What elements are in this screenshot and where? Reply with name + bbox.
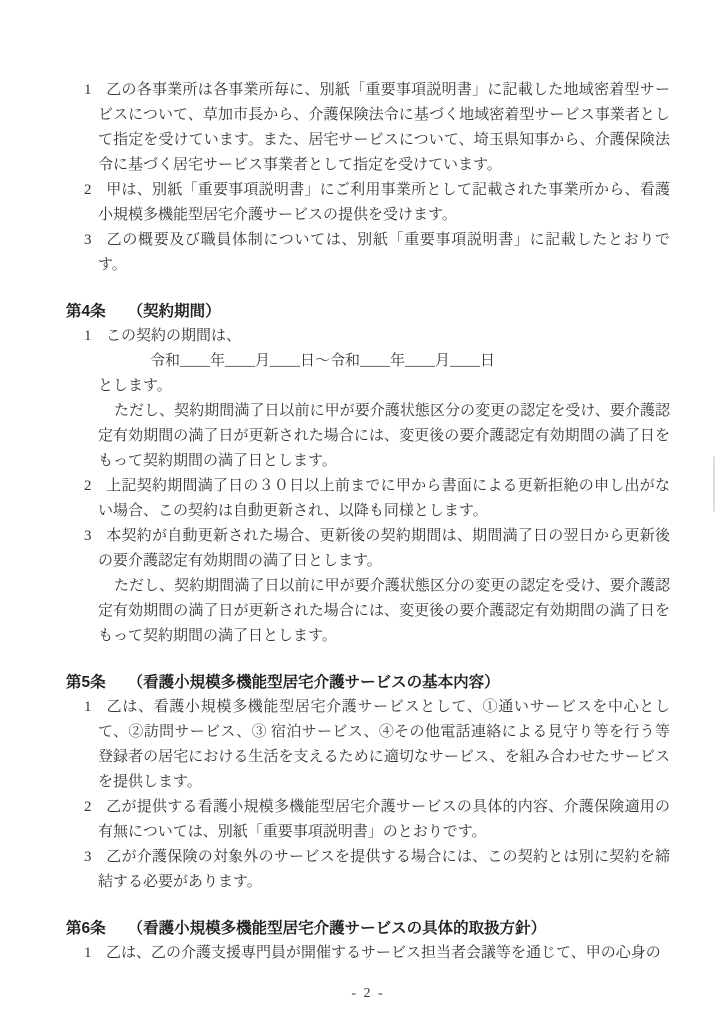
proviso-paragraph: ただし、契約期間満了日以前に甲が要介護状態区分の変更の認定を受け、要介護認定有効… (66, 574, 670, 649)
item-number: 1 (84, 78, 106, 103)
item-text: 乙が提供する看護小規模多機能型居宅介護サービスの具体的内容、介護保険適用の有無に… (98, 799, 670, 840)
clause-item: 2甲は、別紙「重要事項説明書」にご利用事業所として記載された事業所から、看護小規… (66, 178, 670, 228)
date-blank-line: 令和____年____月____日～令和____年____月____日 (66, 349, 670, 374)
item-number: 2 (84, 795, 106, 820)
item-number: 3 (84, 845, 106, 870)
heading-title: （看護小規模多機能型居宅介護サービスの具体的取扱方針） (128, 920, 547, 937)
item-text: 乙の各事業所は各事業所毎に、別紙「重要事項説明書」に記載した地域密着型サービスに… (98, 82, 670, 173)
proviso-text: ただし、契約期間満了日以前に甲が要介護状態区分の変更の認定を受け、要介護認定有効… (98, 578, 670, 644)
clause-item: 1この契約の期間は、 (66, 324, 670, 349)
clause-item: 1乙は、看護小規模多機能型居宅介護サービスとして、①通いサービスを中心として、②… (66, 695, 670, 795)
clause-item: 2乙が提供する看護小規模多機能型居宅介護サービスの具体的内容、介護保険適用の有無… (66, 795, 670, 845)
heading-number: 第6条 (66, 920, 106, 937)
article-heading-6: 第6条（看護小規模多機能型居宅介護サービスの具体的取扱方針） (66, 916, 670, 941)
document-page: { "page": { "number_label": "- 2 -" }, "… (0, 0, 724, 1024)
item-number: 2 (84, 474, 106, 499)
clause-item: 3本契約が自動更新された場合、更新後の契約期間は、期間満了日の翌日から更新後の要… (66, 524, 670, 574)
heading-number: 第5条 (66, 674, 106, 691)
proviso-text: ただし、契約期間満了日以前に甲が要介護状態区分の変更の認定を受け、要介護認定有効… (98, 403, 670, 469)
continuation-text: とします。 (98, 378, 172, 394)
item-text: 本契約が自動更新された場合、更新後の契約期間は、期間満了日の翌日から更新後の要介… (98, 528, 670, 569)
continuation-line: とします。 (66, 374, 670, 399)
clause-item: 1乙の各事業所は各事業所毎に、別紙「重要事項説明書」に記載した地域密着型サービス… (66, 78, 670, 178)
item-number: 1 (84, 695, 106, 720)
heading-title: （看護小規模多機能型居宅介護サービスの基本内容） (128, 674, 500, 691)
date-blank-text: 令和____年____月____日～令和____年____月____日 (150, 353, 495, 369)
clause-item: 3乙の概要及び職員体制については、別紙「重要事項説明書」に記載したとおりです。 (66, 228, 670, 278)
clause-item: 3乙が介護保険の対象外のサービスを提供する場合には、この契約とは別に契約を締結す… (66, 845, 670, 895)
clause-item: 2上記契約期間満了日の３０日以上前までに甲から書面による更新拒絶の申し出がない場… (66, 474, 670, 524)
item-number: 3 (84, 524, 106, 549)
proviso-paragraph: ただし、契約期間満了日以前に甲が要介護状態区分の変更の認定を受け、要介護認定有効… (66, 399, 670, 474)
heading-number: 第4条 (66, 303, 106, 320)
clause-item: 1乙は、乙の介護支援専門員が開催するサービス担当者会議等を通じて、甲の心身の (66, 941, 670, 966)
heading-title: （契約期間） (128, 303, 221, 320)
item-text: 乙の概要及び職員体制については、別紙「重要事項説明書」に記載したとおりです。 (98, 232, 670, 273)
item-text: 甲は、別紙「重要事項説明書」にご利用事業所として記載された事業所から、看護小規模… (98, 182, 670, 223)
item-number: 2 (84, 178, 106, 203)
scan-artifact-line (713, 456, 715, 512)
item-text: 上記契約期間満了日の３０日以上前までに甲から書面による更新拒絶の申し出がない場合… (98, 478, 670, 519)
item-number: 1 (84, 941, 106, 966)
article-heading-4: 第4条（契約期間） (66, 299, 670, 324)
item-text: 乙は、看護小規模多機能型居宅介護サービスとして、①通いサービスを中心として、②訪… (98, 699, 670, 790)
contract-body: 1乙の各事業所は各事業所毎に、別紙「重要事項説明書」に記載した地域密着型サービス… (0, 0, 724, 1006)
item-text: 乙は、乙の介護支援専門員が開催するサービス担当者会議等を通じて、甲の心身の (106, 945, 661, 961)
page-number: - 2 - (66, 981, 670, 1006)
item-number: 3 (84, 228, 106, 253)
item-text: 乙が介護保険の対象外のサービスを提供する場合には、この契約とは別に契約を締結する… (98, 849, 670, 890)
item-number: 1 (84, 324, 106, 349)
article-heading-5: 第5条（看護小規模多機能型居宅介護サービスの基本内容） (66, 670, 670, 695)
item-text: この契約の期間は、 (106, 328, 241, 344)
